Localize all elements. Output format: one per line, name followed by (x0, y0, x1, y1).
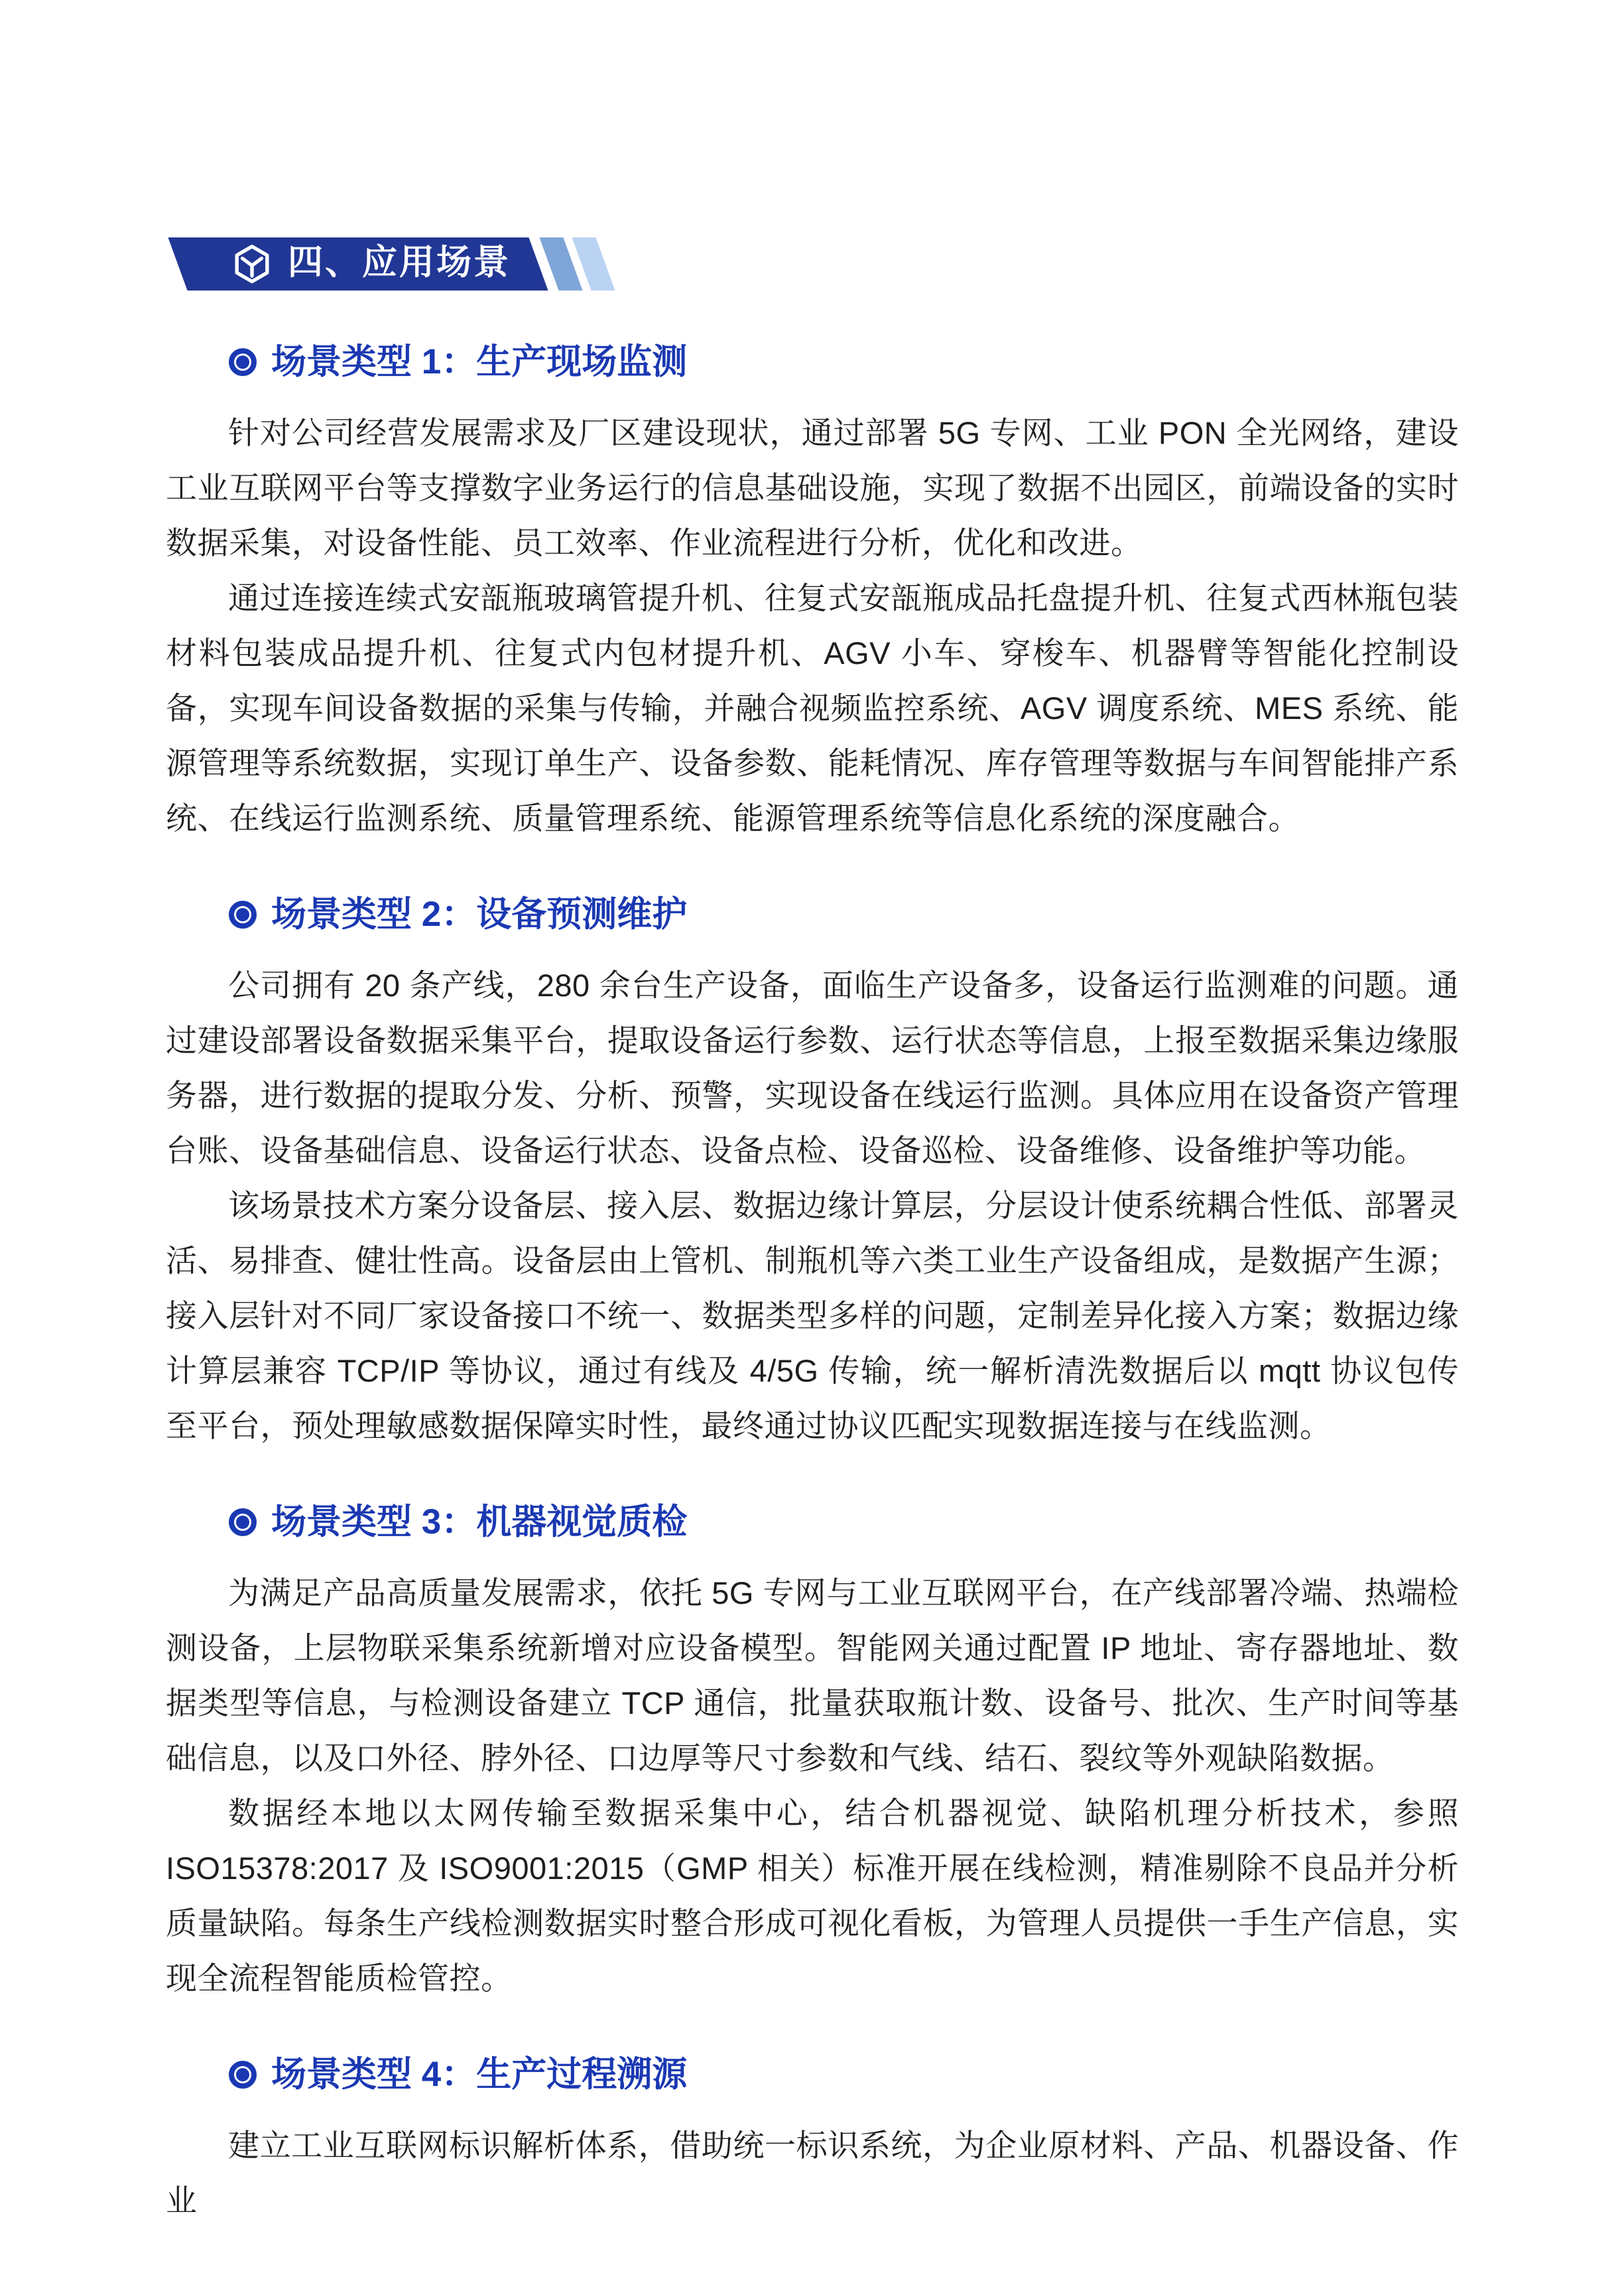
body-paragraph: 为满足产品高质量发展需求，依托 5G 专网与工业互联网平台，在产线部署冷端、热端… (166, 1565, 1459, 1786)
body-paragraph: 通过连接连续式安瓿瓶玻璃管提升机、往复式安瓿瓶成品托盘提升机、往复式西林瓶包装材… (166, 570, 1459, 846)
fisheye-bullet-icon (229, 348, 257, 376)
fisheye-bullet-icon (229, 1508, 257, 1536)
banner-inner: 四、应用场景 (178, 237, 538, 291)
body-paragraph: 数据经本地以太网传输至数据采集中心，结合机器视觉、缺陷机理分析技术，参照 ISO… (166, 1786, 1459, 2006)
fisheye-bullet-icon (229, 901, 257, 929)
section-heading: 场景类型 3：机器视觉质检 (229, 1502, 1459, 1543)
section-scene-3: 场景类型 3：机器视觉质检 为满足产品高质量发展需求，依托 5G 专网与工业互联… (166, 1502, 1459, 2006)
bullet-dot (236, 2068, 249, 2081)
body-paragraph: 针对公司经营发展需求及厂区建设现状，通过部署 5G 专网、工业 PON 全光网络… (166, 405, 1459, 570)
section-heading-label: 场景类型 4：生产过程溯源 (271, 2055, 687, 2095)
section-heading-label: 场景类型 3：机器视觉质检 (271, 1502, 687, 1543)
section-heading-label: 场景类型 2：设备预测维护 (271, 895, 687, 935)
section-heading: 场景类型 1：生产现场监测 (229, 342, 1459, 383)
bullet-dot (236, 356, 249, 369)
section-scene-2: 场景类型 2：设备预测维护 公司拥有 20 条产线，280 余台生产设备，面临生… (166, 895, 1459, 1453)
section-banner: 四、应用场景 (178, 237, 1624, 291)
section-scene-4: 场景类型 4：生产过程溯源 建立工业互联网标识解析体系，借助统一标识系统，为企业… (166, 2055, 1459, 2228)
section-scene-1: 场景类型 1：生产现场监测 针对公司经营发展需求及厂区建设现状，通过部署 5G … (166, 342, 1459, 846)
banner-parallelogram: 四、应用场景 (178, 237, 538, 291)
page-content: 场景类型 1：生产现场监测 针对公司经营发展需求及厂区建设现状，通过部署 5G … (0, 342, 1624, 2228)
bullet-dot (236, 1516, 249, 1529)
body-paragraph: 该场景技术方案分设备层、接入层、数据边缘计算层，分层设计使系统耦合性低、部署灵活… (166, 1178, 1459, 1453)
banner-title: 四、应用场景 (288, 245, 511, 283)
box-hexagon-icon (232, 244, 272, 284)
section-heading: 场景类型 4：生产过程溯源 (229, 2055, 1459, 2095)
fisheye-bullet-icon (229, 2061, 257, 2089)
section-heading-label: 场景类型 1：生产现场监测 (271, 342, 687, 383)
body-paragraph: 公司拥有 20 条产线，280 余台生产设备，面临生产设备多，设备运行监测难的问… (166, 958, 1459, 1178)
page: { "theme": { "banner_bg": "#213795", "st… (0, 0, 1624, 2279)
section-heading: 场景类型 2：设备预测维护 (229, 895, 1459, 935)
body-paragraph: 建立工业互联网标识解析体系，借助统一标识系统，为企业原材料、产品、机器设备、作业 (166, 2118, 1459, 2228)
bullet-dot (236, 908, 249, 921)
